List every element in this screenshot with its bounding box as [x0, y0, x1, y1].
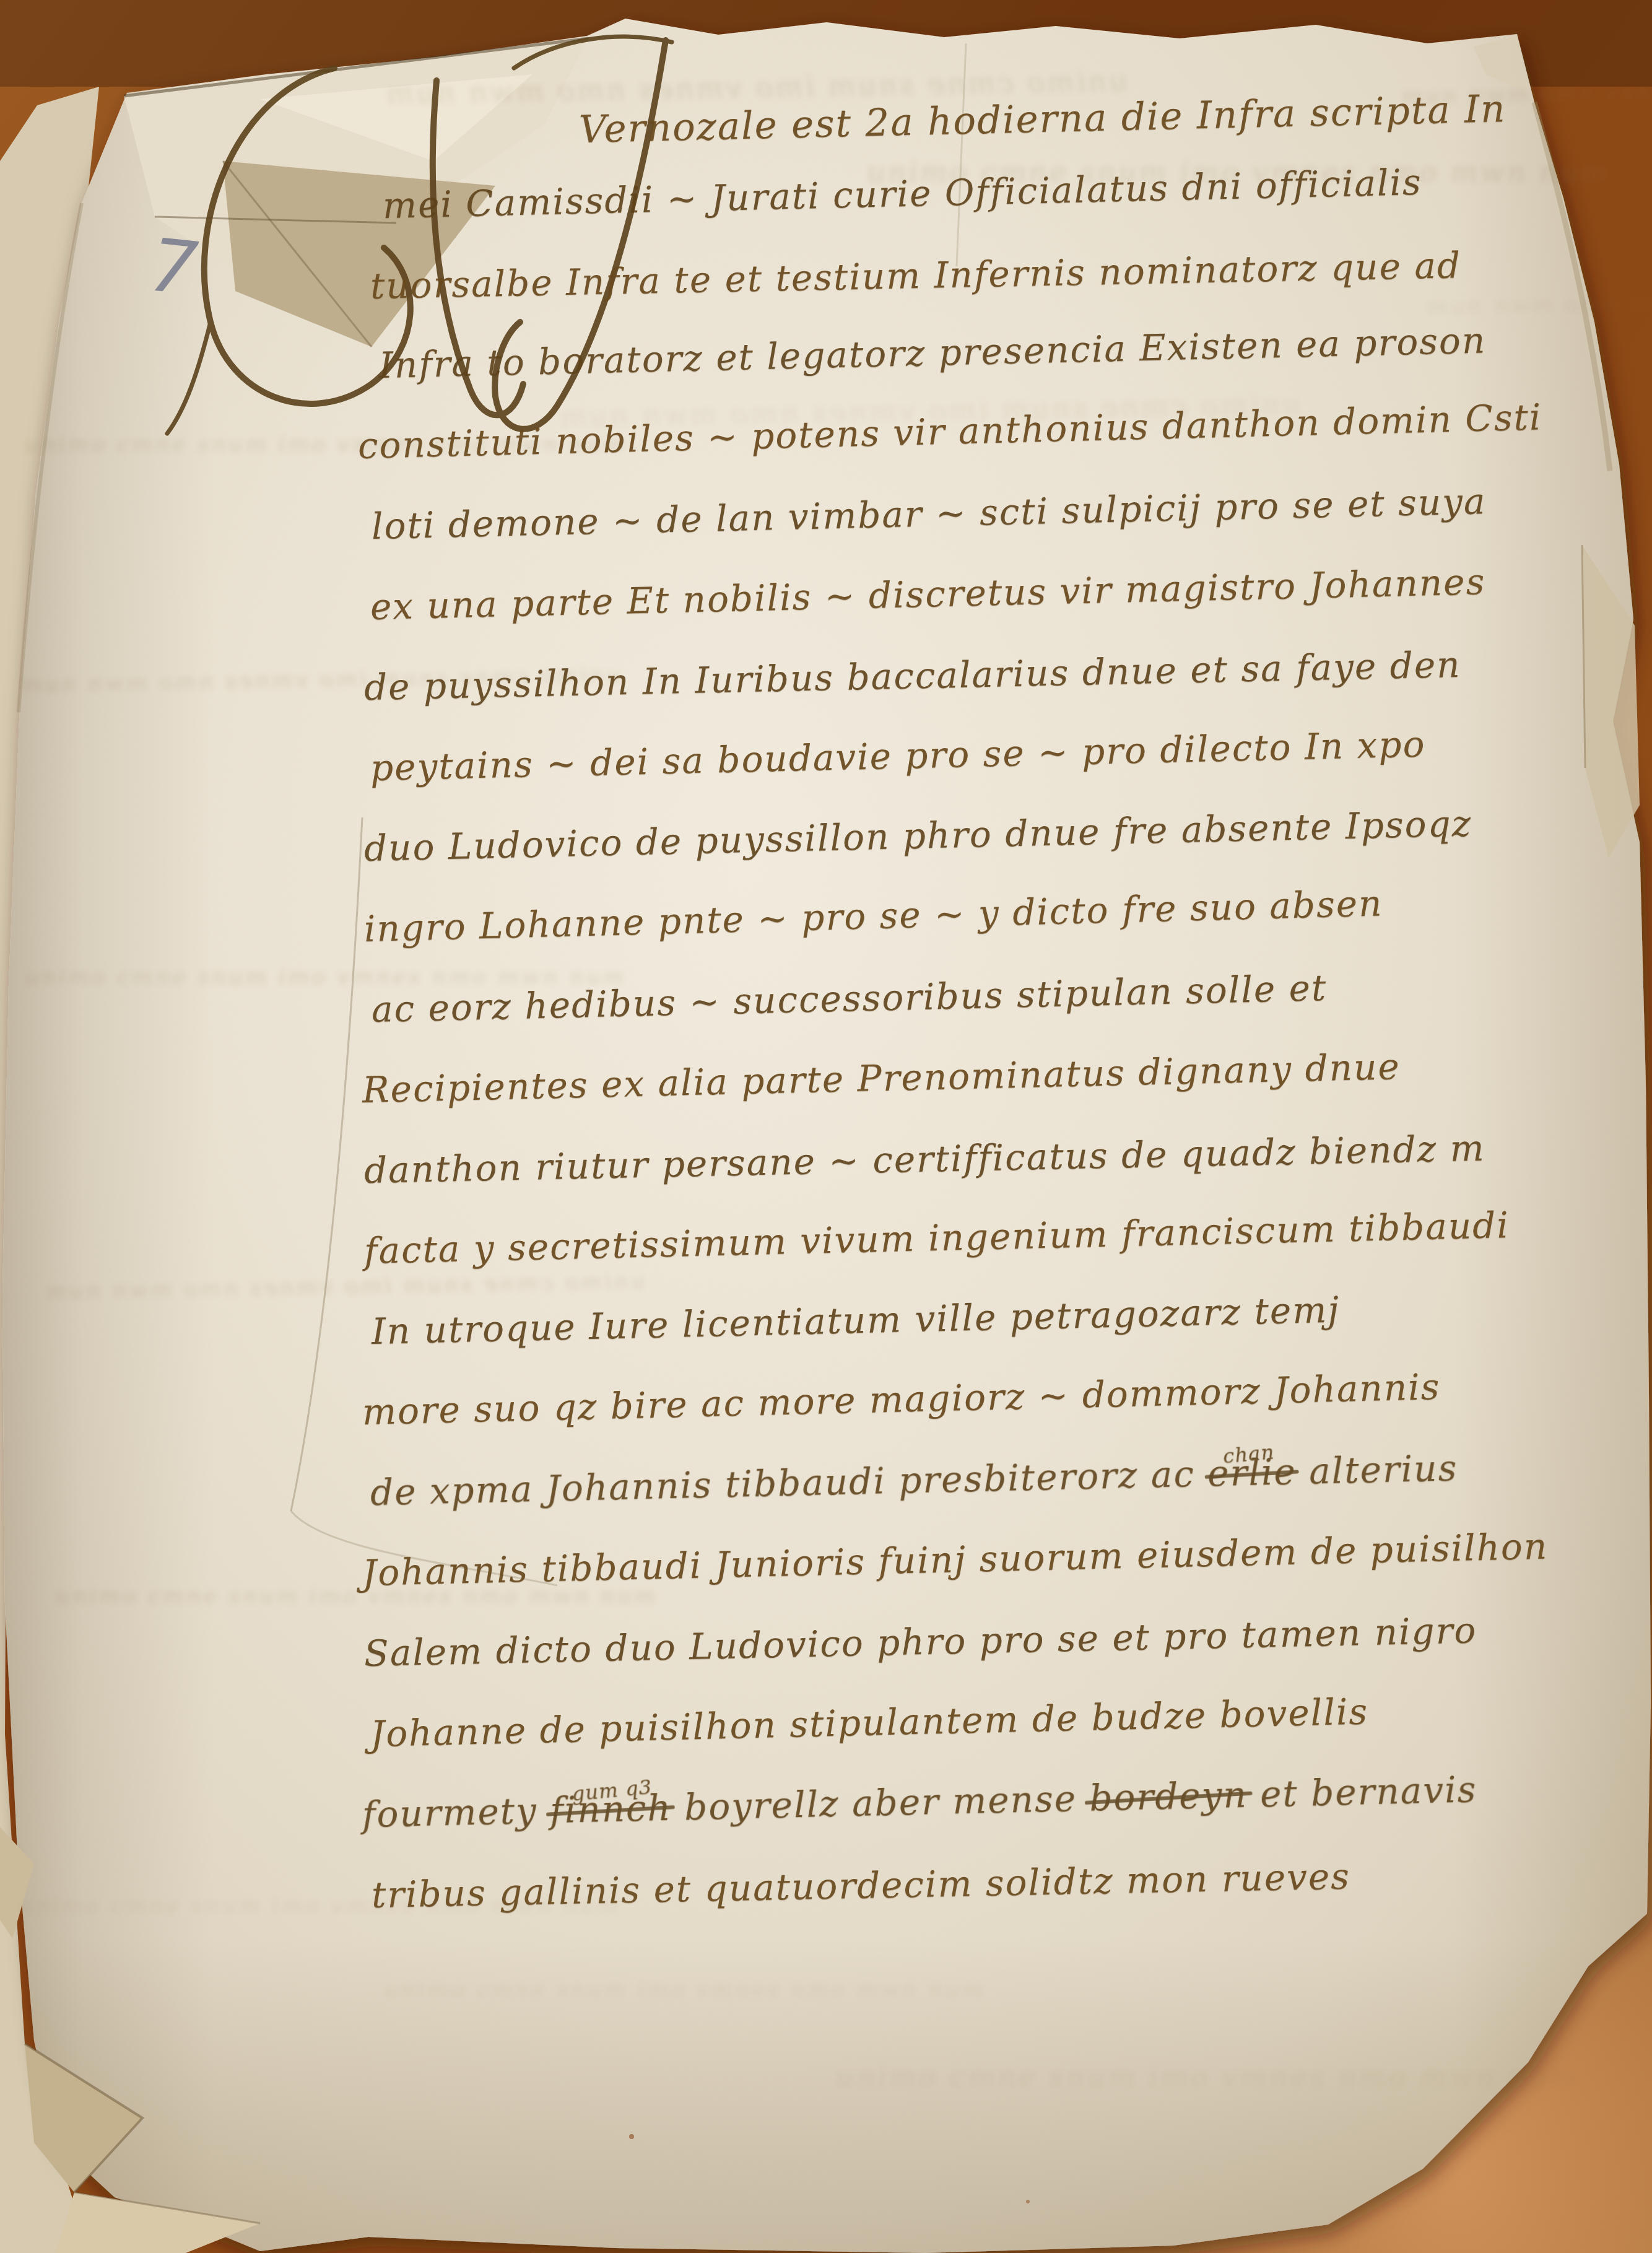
struck-word: bordeyn [1089, 1776, 1248, 1818]
manuscript-photo: unimo cmne snum imo vmnes nmo mwn num un… [0, 0, 1652, 2253]
line-segment: et bernavis [1247, 1768, 1477, 1815]
folio-mark: 7 [147, 228, 201, 305]
correction: finnchgum q3 [550, 1789, 672, 1829]
correction: erliechan [1207, 1453, 1297, 1493]
ghost-showthrough: unimo cmne snum imo vmnes nmo mwn num [384, 1979, 986, 2001]
ghost-showthrough: unimo cmne snum imo vmnes nmo mwn num [836, 2062, 1580, 2091]
line-segment: fourmety [362, 1789, 550, 1836]
interlinear-insertion: chan [1222, 1441, 1276, 1467]
line-segment: alterius [1296, 1447, 1458, 1493]
